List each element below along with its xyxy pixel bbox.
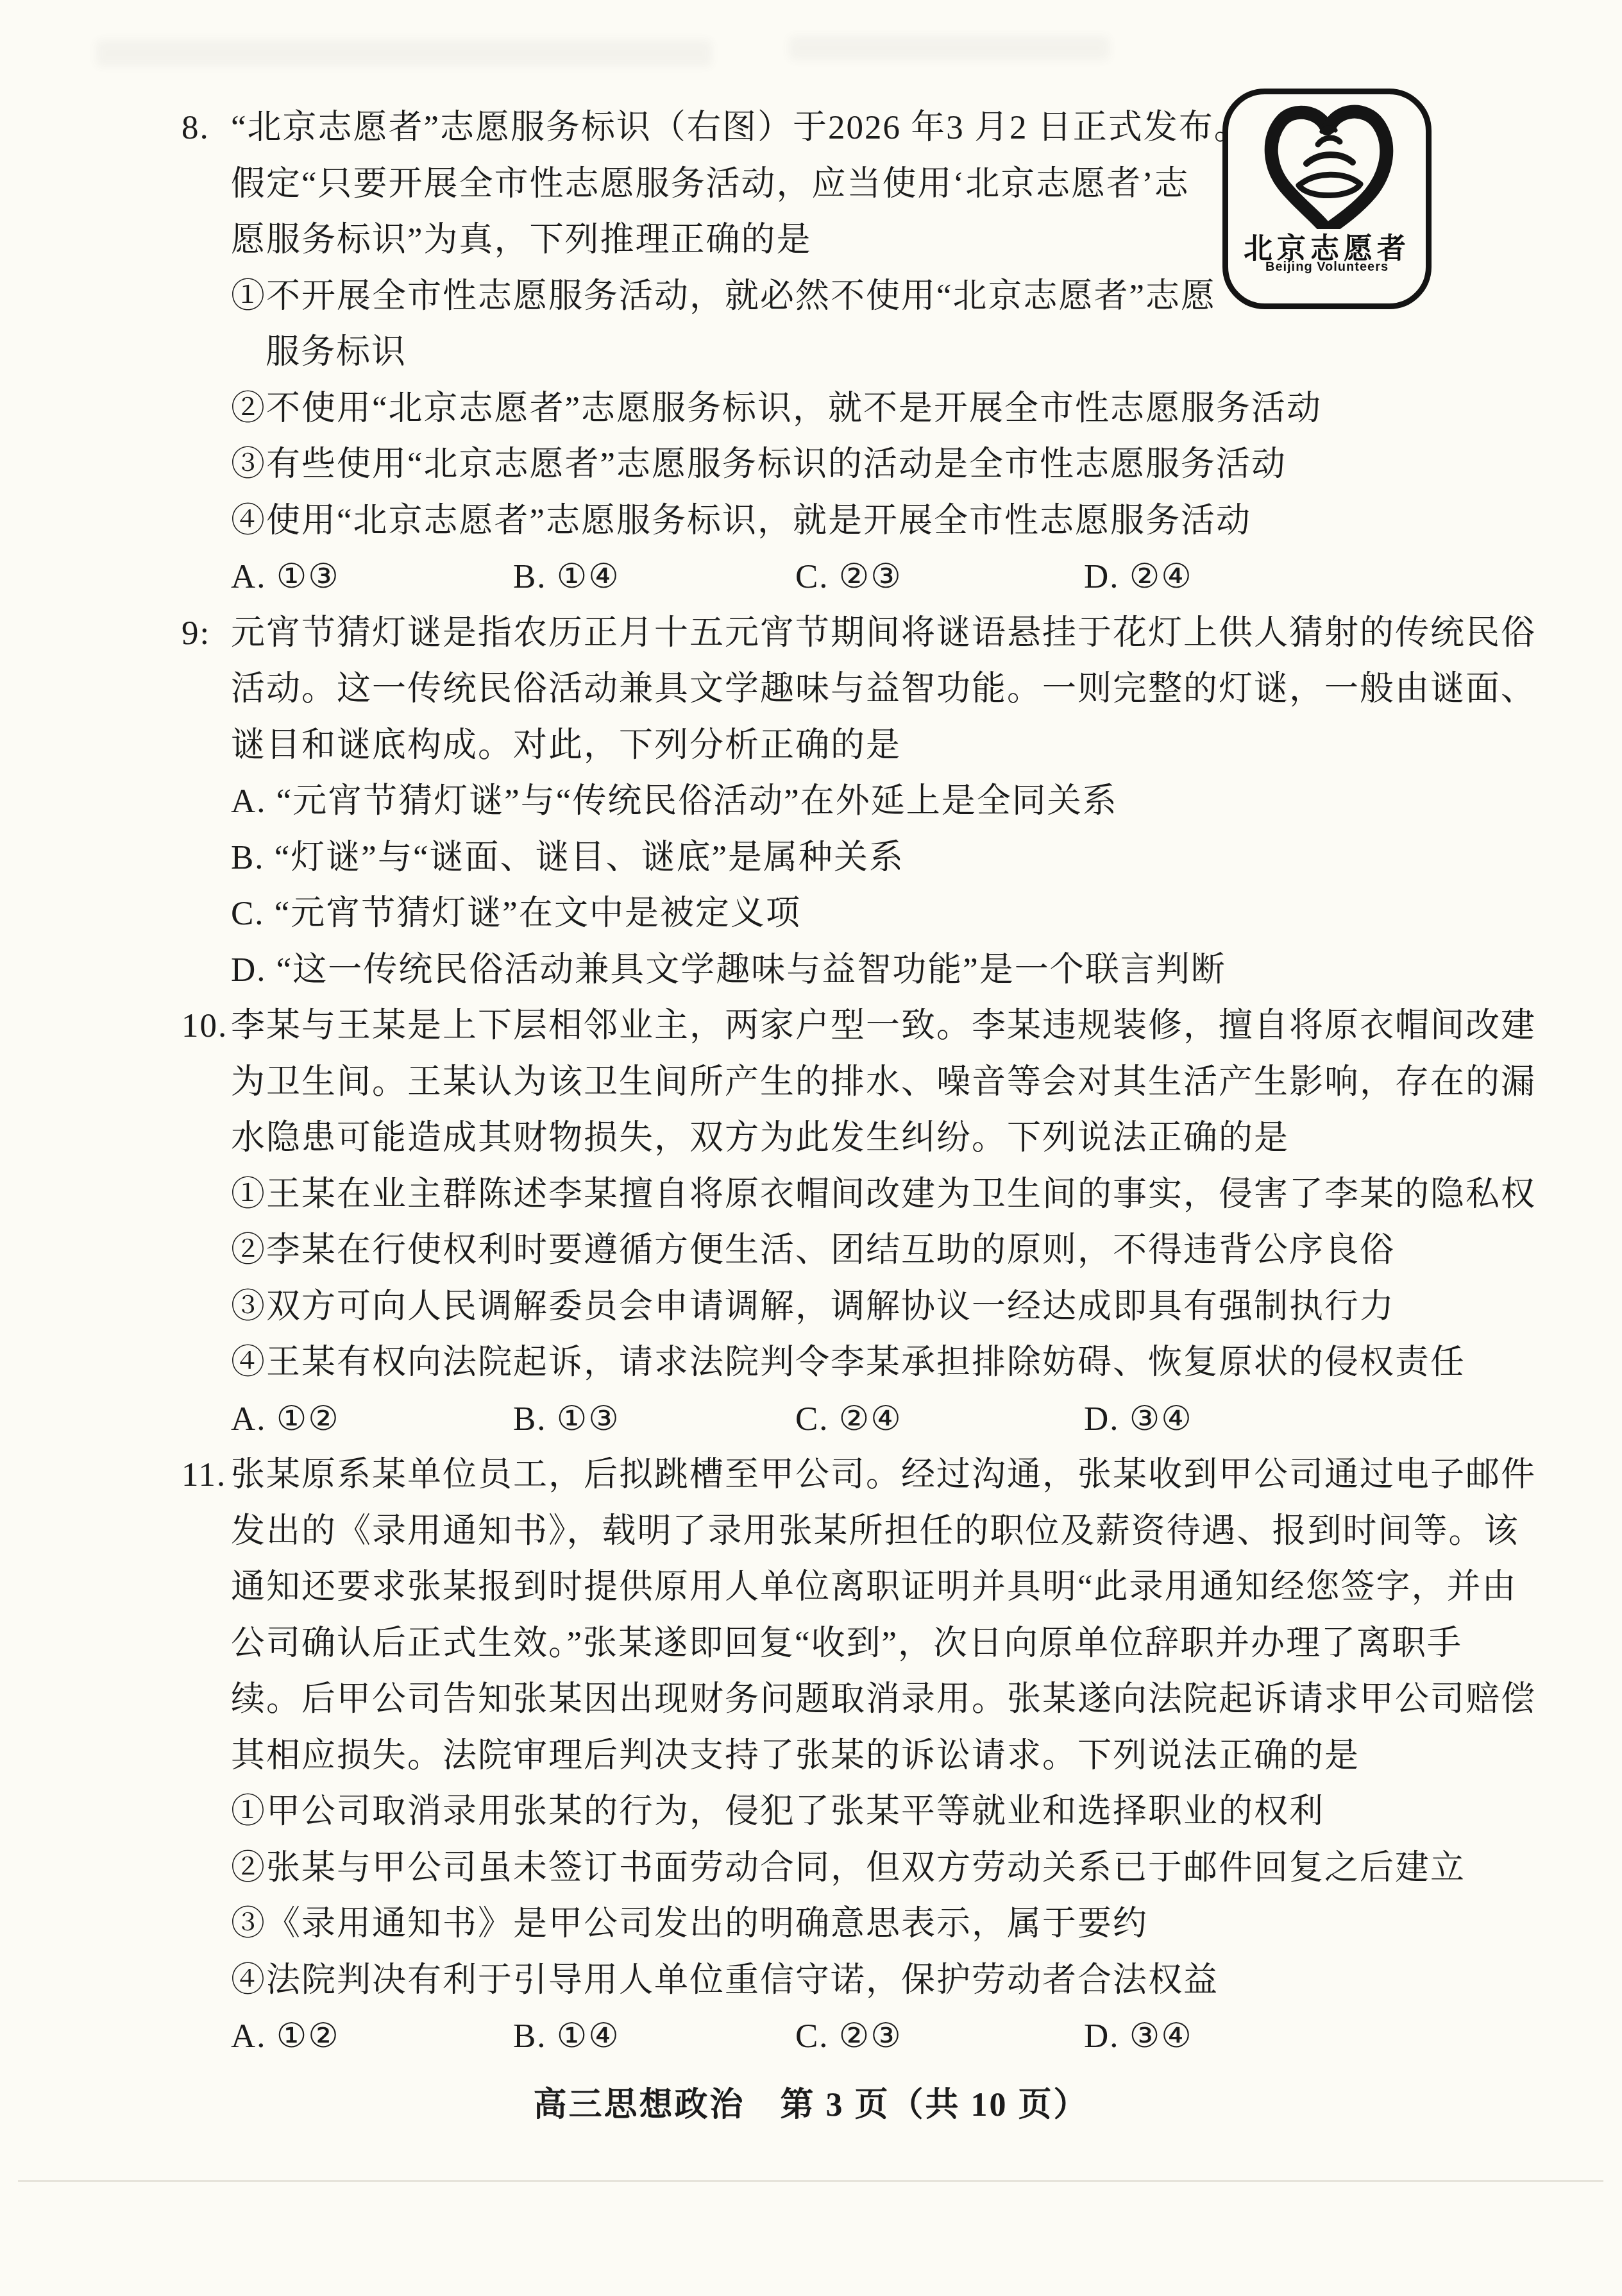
question-11-text: 张某原系某单位员工，后拟跳槽至甲公司。经过沟通，张某收到甲公司通过电子邮件 xyxy=(231,1455,1536,1495)
question-11-text: 通知还要求张某报到时提供原用人单位离职证明并具明“此录用通知经您签字，并由 xyxy=(231,1567,1517,1607)
question-11-text: ④法院判决有利于引导用人单位重信守诺，保护劳动者合法权益 xyxy=(231,1960,1219,2000)
question-11-option-B: B. ①④ xyxy=(513,2016,620,2056)
question-8-text: ③有些使用“北京志愿者”志愿服务标识的活动是全市性志愿服务活动 xyxy=(231,445,1287,484)
question-10-text: 为卫生间。王某认为该卫生间所产生的排水、噪音等会对其生活产生影响，存在的漏 xyxy=(231,1062,1536,1102)
question-9-text: A. “元宵节猜灯谜”与“传统民俗活动”在外延上是全同关系 xyxy=(231,781,1118,821)
question-10-text: 水隐患可能造成其财物损失，双方为此发生纠纷。下列说法正确的是 xyxy=(231,1118,1289,1158)
question-11-text: ③《录用通知书》是甲公司发出的明确意思表示，属于要约 xyxy=(231,1904,1148,1944)
scan-edge-artifact xyxy=(18,2180,1603,2182)
question-11-text: 续。后甲公司告知张某因出现财务问题取消录用。张某遂向法院起诉请求甲公司赔偿 xyxy=(231,1679,1536,1719)
question-11-text: 公司确认后正式生效。”张某遂即回复“收到”，次日向原单位辞职并办理了离职手 xyxy=(231,1624,1462,1663)
beijing-volunteers-logo: 北京志愿者 Beijing Volunteers xyxy=(1222,89,1432,309)
question-10-text: ②李某在行使权利时要遵循方便生活、团结互助的原则，不得违背公序良俗 xyxy=(231,1230,1395,1270)
question-10-option-B: B. ①③ xyxy=(513,1399,620,1439)
question-8-text: “北京志愿者”志愿服务标识（右图）于2026 年3 月2 日正式发布。 xyxy=(231,108,1249,148)
question-9-number: 9: xyxy=(182,613,210,653)
question-11-number: 11. xyxy=(182,1455,226,1495)
question-8-text: 愿服务标识”为真，下列推理正确的是 xyxy=(231,220,812,260)
question-9-text: 活动。这一传统民俗活动兼具文学趣味与益智功能。一则完整的灯谜，一般由谜面、 xyxy=(231,669,1536,709)
question-11-option-D: D. ③④ xyxy=(1084,2016,1193,2056)
scan-bleed-artifact xyxy=(789,36,1110,60)
question-9-text: D. “这一传统民俗活动兼具文学趣味与益智功能”是一个联言判断 xyxy=(231,950,1226,990)
question-11-text: 其相应损失。法院审理后判决支持了张某的诉讼请求。下列说法正确的是 xyxy=(231,1736,1360,1776)
question-8-text: ④使用“北京志愿者”志愿服务标识，就是开展全市性志愿服务活动 xyxy=(231,501,1251,541)
exam-page: 8.“北京志愿者”志愿服务标识（右图）于2026 年3 月2 日正式发布。假定“… xyxy=(0,0,1622,2296)
question-11-text: ②张某与甲公司虽未签订书面劳动合同，但双方劳动关系已于邮件回复之后建立 xyxy=(231,1848,1466,1888)
question-9-text: C. “元宵节猜灯谜”在文中是被定义项 xyxy=(231,894,801,933)
question-8-option-A: A. ①③ xyxy=(231,557,340,597)
page-footer: 高三思想政治 第 3 页（共 10 页） xyxy=(0,2077,1622,2125)
question-10-option-D: D. ③④ xyxy=(1084,1399,1193,1439)
question-9-text: B. “灯谜”与“谜面、谜目、谜底”是属种关系 xyxy=(231,838,904,878)
scan-bleed-artifact xyxy=(96,40,712,67)
question-8-number: 8. xyxy=(182,108,210,148)
question-8-text: 服务标识 xyxy=(266,332,407,372)
question-10-number: 10. xyxy=(182,1006,228,1046)
question-8-text: ②不使用“北京志愿者”志愿服务标识，就不是开展全市性志愿服务活动 xyxy=(231,389,1322,429)
volunteer-heart-icon xyxy=(1228,103,1426,229)
question-10-option-A: A. ①② xyxy=(231,1399,340,1439)
question-8-option-C: C. ②③ xyxy=(795,557,902,597)
question-11-text: 发出的《录用通知书》，载明了录用张某所担任的职位及薪资待遇、报到时间等。该 xyxy=(231,1511,1519,1551)
question-11-option-A: A. ①② xyxy=(231,2016,340,2056)
question-8-text: ①不开展全市性志愿服务活动，就必然不使用“北京志愿者”志愿 xyxy=(231,276,1216,316)
logo-english-name: Beijing Volunteers xyxy=(1228,260,1426,275)
question-10-option-C: C. ②④ xyxy=(795,1399,902,1439)
question-10-text: ①王某在业主群陈述李某擅自将原衣帽间改建为卫生间的事实，侵害了李某的隐私权 xyxy=(231,1175,1536,1214)
question-9-text: 元宵节猜灯谜是指农历正月十五元宵节期间将谜语悬挂于花灯上供人猜射的传统民俗 xyxy=(231,613,1536,653)
question-11-option-C: C. ②③ xyxy=(795,2016,902,2056)
question-8-option-B: B. ①④ xyxy=(513,557,620,597)
question-10-text: ③双方可向人民调解委员会申请调解，调解协议一经达成即具有强制执行力 xyxy=(231,1287,1395,1327)
question-8-option-D: D. ②④ xyxy=(1084,557,1193,597)
question-8-text: 假定“只要开展全市性志愿服务活动，应当使用‘北京志愿者’志 xyxy=(231,164,1190,204)
question-10-text: 李某与王某是上下层相邻业主，两家户型一致。李某违规装修，擅自将原衣帽间改建 xyxy=(231,1006,1536,1046)
question-9-text: 谜目和谜底构成。对此，下列分析正确的是 xyxy=(231,726,901,765)
question-11-text: ①甲公司取消录用张某的行为，侵犯了张某平等就业和选择职业的权利 xyxy=(231,1792,1324,1832)
question-10-text: ④王某有权向法院起诉，请求法院判令李某承担排除妨碍、恢复原状的侵权责任 xyxy=(231,1343,1466,1382)
